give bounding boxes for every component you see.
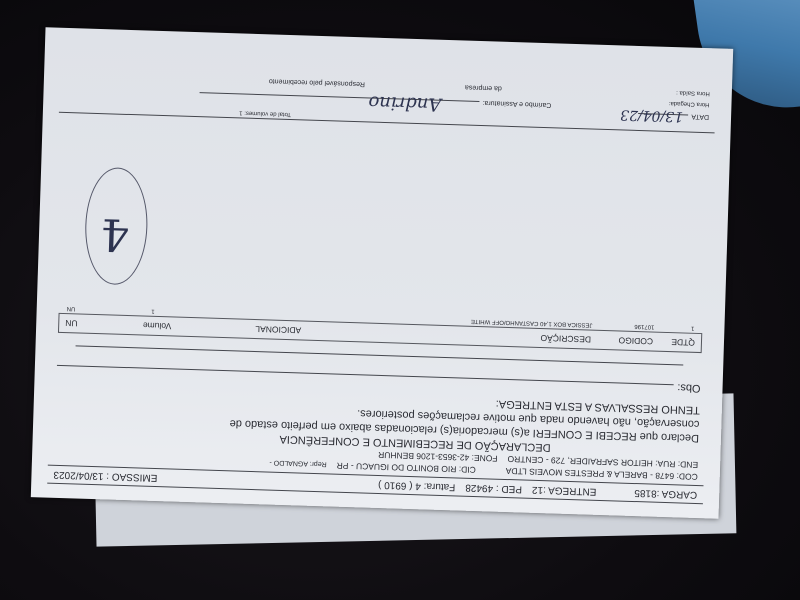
col-adicional: ADICIONAL: [255, 324, 301, 335]
representative: Repr: AGNALDO -: [269, 459, 326, 468]
emissao-date: EMISSAO : 13/04/2023: [53, 469, 157, 483]
item-un: UN: [67, 305, 76, 311]
col-volume: Volume: [143, 321, 172, 332]
circled-number: 4: [100, 208, 130, 260]
obs-line: [57, 365, 673, 385]
obs-label: Obs:: [677, 381, 701, 394]
delivery-receipt: CARGA :8185 ENTREGA :12 PED : 49428 Fatu…: [31, 27, 733, 518]
col-un: UN: [65, 318, 78, 328]
carga: CARGA :8185: [634, 487, 697, 500]
handwritten-signature: Andrino: [368, 91, 442, 114]
col-descricao: DESCRIÇÃO: [540, 333, 591, 345]
col-codigo: CODIGO: [618, 335, 653, 346]
fatura: Fatura: 4 ( 6910 ): [378, 479, 456, 492]
data-label: DATA: [691, 113, 709, 121]
col-qtde: QTDE: [671, 337, 695, 348]
item-volume: 1: [151, 308, 155, 314]
item-qtde: 1: [691, 325, 695, 331]
item-codigo: 107196: [634, 323, 654, 330]
pedido: PED : 49428: [465, 482, 522, 495]
customer-city: CID: RIO BONITO DO IGUACU - PR: [336, 461, 475, 475]
entrega: ENTREGA :12: [532, 484, 597, 497]
handwritten-date: 13/04/23: [620, 106, 683, 124]
